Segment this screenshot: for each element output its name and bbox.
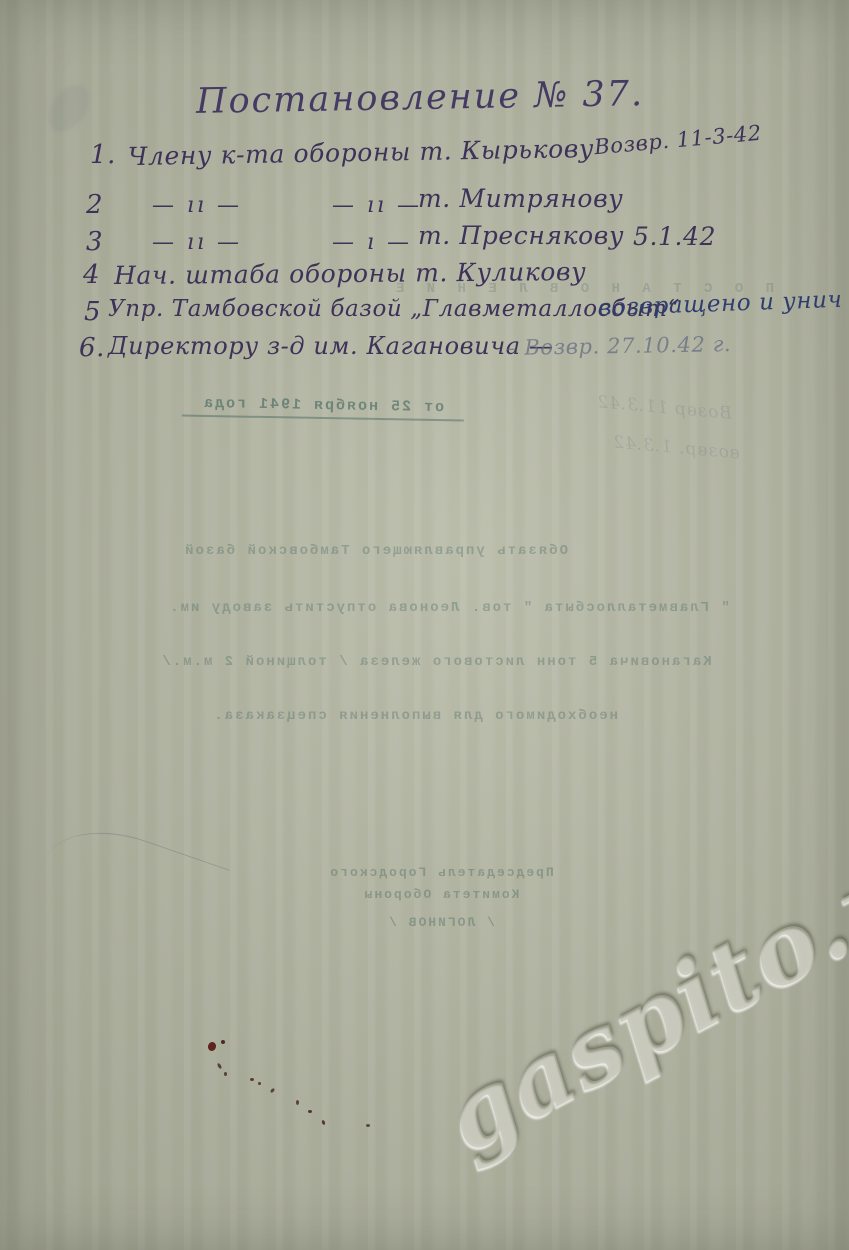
ditto-mark: — ıı — — [152, 230, 242, 255]
bleedthrough-ghost-note: возвр. 1.3.42 — [611, 432, 740, 463]
entry-text: т. Митрянову — [418, 184, 623, 213]
entry-number: 1. — [90, 140, 116, 170]
ink-speck — [258, 1082, 261, 1085]
entry-text: Нач. штаба обороны т. Куликову — [114, 257, 586, 290]
bleedthrough-signature-line: / ЛОГИНОВ / — [268, 912, 614, 934]
bleedthrough-signature-block: Председатель Городского Комитета Обороны… — [268, 862, 614, 934]
ink-speck — [207, 1041, 218, 1052]
pencil-scratch — [42, 812, 230, 928]
ink-speck — [250, 1078, 254, 1081]
bleedthrough-date-line: от 25 ноября 1941 года — [182, 395, 464, 422]
entry-number: 4 — [83, 260, 100, 290]
entry-text: т. Преснякову — [418, 221, 624, 250]
ditto-mark: — ıı — — [332, 193, 422, 218]
bleedthrough-ghost-note: Возвр 11.3.42 — [595, 392, 732, 424]
bleedthrough-body-line: " Главметаллосбыта " тов. Леонова отпуст… — [126, 600, 772, 616]
ink-speck — [366, 1124, 370, 1127]
ditto-mark: — ıı — — [152, 193, 242, 218]
entry-number: 5 — [84, 297, 101, 327]
ink-speck — [296, 1100, 299, 1105]
ink-speck — [224, 1072, 227, 1076]
bleedthrough-body-line: Обязать управляющего Тамбовской базой — [200, 543, 568, 559]
ink-smudge — [40, 77, 98, 139]
bleedthrough-body-line: Кагановича 5 тонн листового железа / тол… — [100, 654, 772, 670]
entry-text: Директору з-д им. Кагановича — — [108, 332, 554, 360]
entry-text: Члену к-та обороны т. Кырькову — [128, 134, 594, 171]
entry-number: 2 — [86, 190, 103, 220]
ink-speck — [217, 1063, 223, 1070]
bleedthrough-signature-line: Председатель Городского — [268, 862, 614, 884]
scanned-document-page: П О С Т А Н О В Л Е Н И Е от 25 ноября 1… — [0, 0, 849, 1250]
entry-note: Возвр. 11-3-42 — [593, 121, 762, 160]
bleedthrough-body-line: необходимого для выполнения спецзаказа. — [250, 708, 618, 724]
ditto-mark: — ı — — [332, 230, 412, 255]
entry-note: 5.1.42 — [633, 222, 716, 251]
ink-speck — [321, 1120, 326, 1126]
document-title: Постановление № 37. — [196, 74, 645, 122]
entry-number: 3 — [86, 227, 103, 257]
ink-speck — [221, 1040, 225, 1044]
ink-speck — [270, 1088, 276, 1094]
entry-number: 6. — [79, 333, 105, 363]
entry-note: – Возвр. 27.10.42 г. — [506, 332, 732, 360]
bleedthrough-signature-line: Комитета Обороны — [268, 884, 614, 906]
ink-speck — [308, 1110, 312, 1113]
entry-text: Упр. Тамбовской базой „Главметаллосбыт“ — [108, 296, 680, 322]
